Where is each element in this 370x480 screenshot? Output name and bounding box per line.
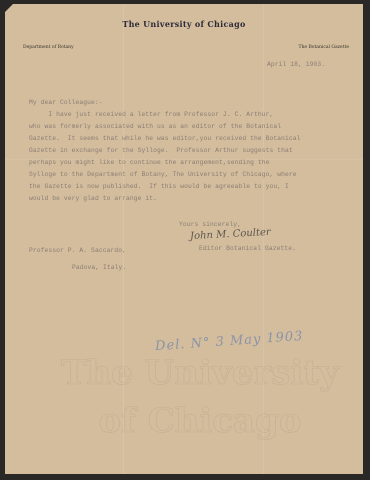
watermark-line: The University [50,349,350,397]
body-line: Gazette. It seems that while he was edit… [29,135,301,142]
body-line: perhaps you might like to continue the a… [29,159,269,166]
recipient-name: Professor P. A. Saccardo, [29,247,126,254]
letterhead-department-left: Department of Botany [23,45,74,50]
salutation: My dear Colleague:- [29,99,103,106]
body-line: I have just received a letter from Profe… [29,111,273,118]
closing: Yours sincerely, [179,221,241,228]
body-line: would be very glad to arrange it. [29,195,157,202]
letter-date: April 18, 1903. [267,61,325,68]
signature: John M. Coulter [190,227,271,242]
body-line: the Gazette is now published. If this wo… [29,183,289,190]
body-line: Sylloge to the Department of Botany, The… [29,171,297,178]
signer-title: Editor Botanical Gazette. [199,245,296,252]
body-line: Gazette in exchange for the Sylloge. Pro… [29,147,293,154]
watermark: The University of Chicago [50,349,350,445]
watermark-line: of Chicago [50,397,350,445]
recipient-city: Padova, Italy. [72,264,126,271]
body-line: who was formerly associated with us as a… [29,123,281,130]
letter-page: The University of Chicago The University… [5,4,363,474]
letterhead-department-right: The Botanical Gazette [298,45,349,50]
letterhead-title: The University of Chicago [5,19,363,29]
